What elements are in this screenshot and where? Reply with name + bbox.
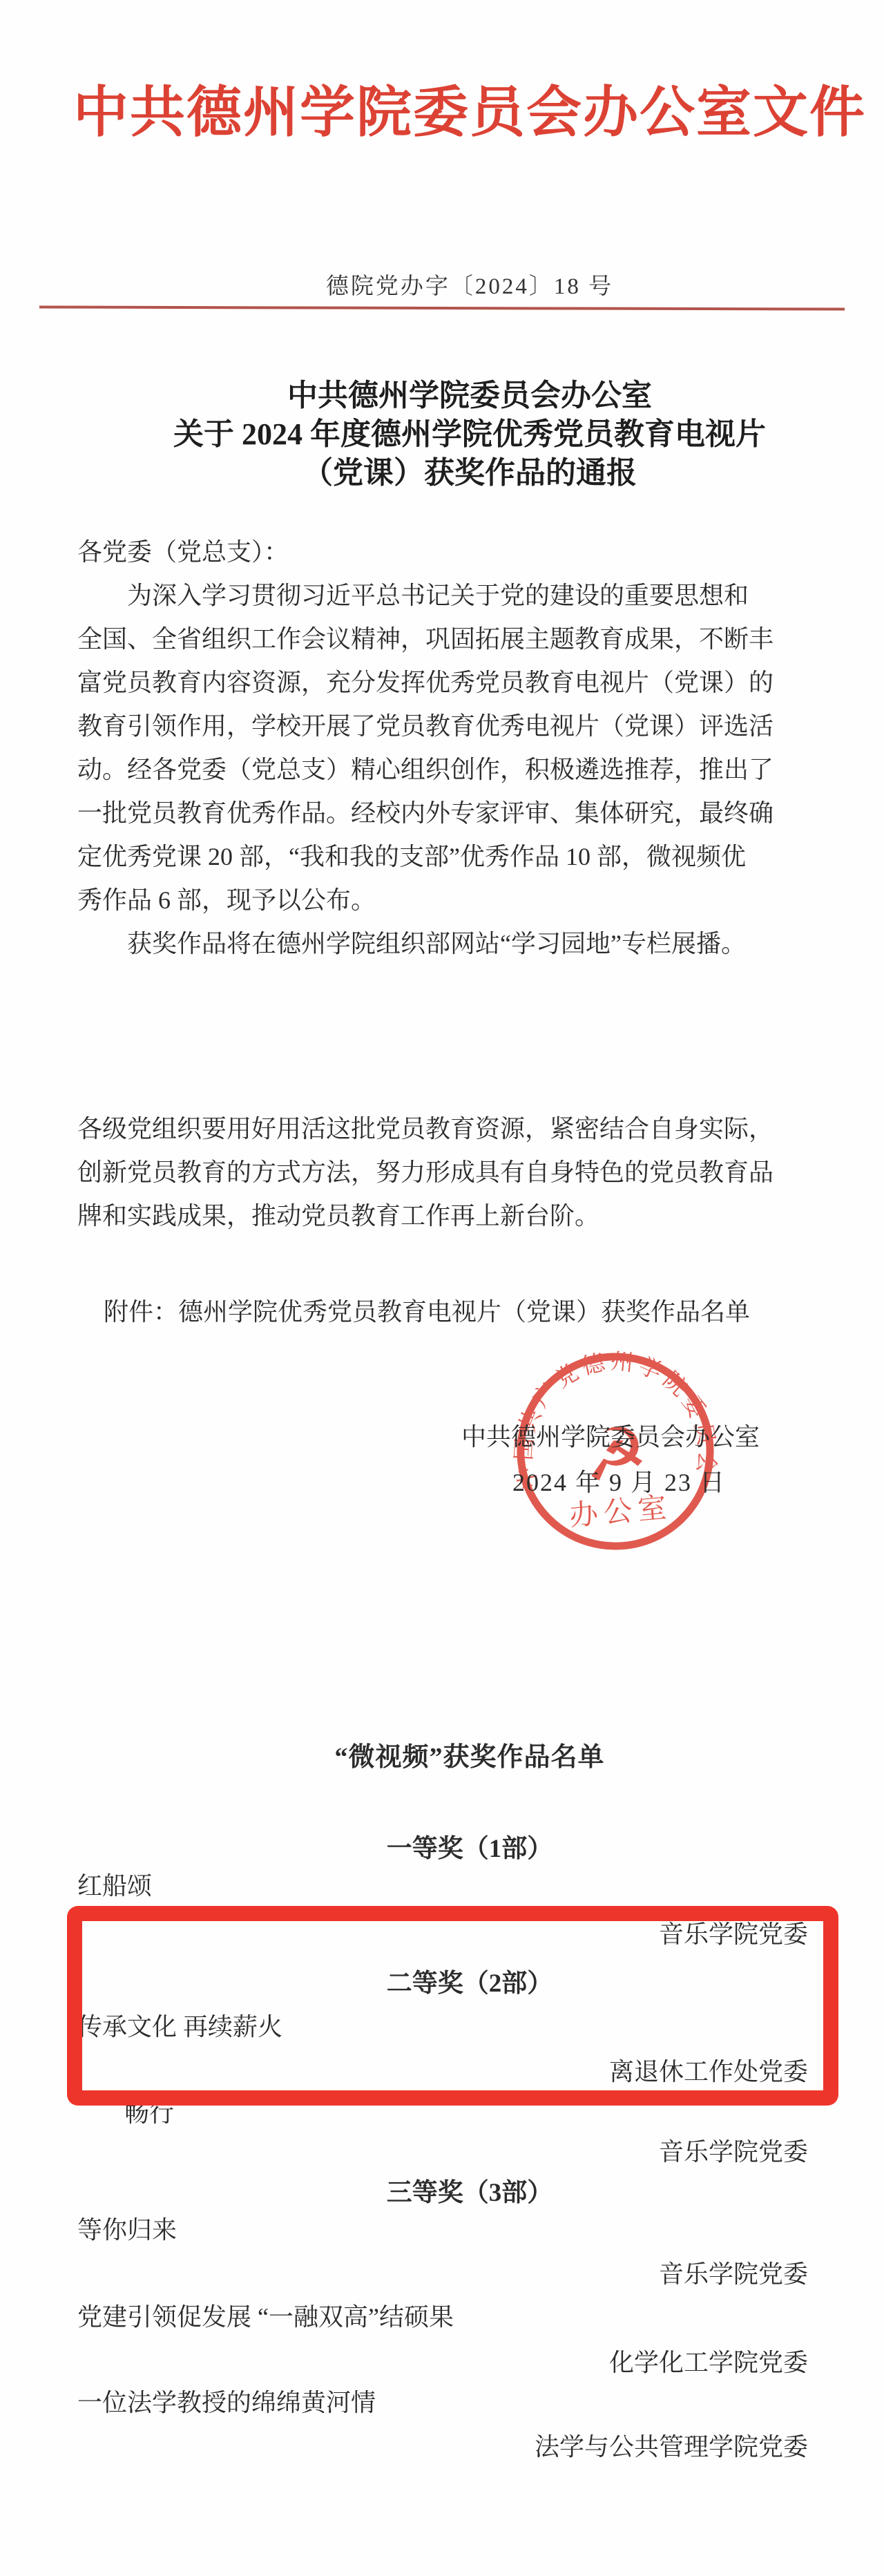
signature-org: 中共德州学院委员会办公室	[461, 1418, 760, 1453]
award-title: 党建引领促发展 “一融双高”结硕果	[77, 2298, 454, 2333]
body-text-line: 富党员教育内容资源，充分发挥优秀党员教育电视片（党课）的	[77, 668, 773, 697]
award-unit: 音乐学院党委	[659, 2255, 808, 2290]
document-page: 中共德州学院委员会办公室文件 德院党办字〔2024〕18 号 中共德州学院委员会…	[0, 0, 884, 2576]
award-title: 传承文化 再续薪火	[77, 2007, 282, 2043]
document-title-line-2: 关于 2024 年度德州学院优秀党员教育电视片	[55, 415, 884, 454]
awards-section-title: “微视频”获奖作品名单	[55, 1735, 884, 1773]
document-title: 中共德州学院委员会办公室 关于 2024 年度德州学院优秀党员教育电视片 （党课…	[55, 376, 884, 493]
letterhead-title: 中共德州学院委员会办公室文件	[55, 68, 884, 147]
body-text-line: 动。经各党委（党总支）精心组织创作，积极遴选推荐，推出了	[77, 755, 773, 784]
attachment-line: 附件：德州学院优秀党员教育电视片（党课）获奖作品名单	[104, 1292, 750, 1328]
body-text-line: 教育引领作用，学校开展了党员教育优秀电视片（党课）评选活	[77, 712, 773, 741]
award-unit: 化学化工学院党委	[609, 2343, 808, 2378]
award-title: 一位法学教授的绵绵黄河情	[77, 2383, 376, 2418]
body-text-line: 全国、全省组织工作会议精神，巩固拓展主题教育成果，不断丰	[77, 624, 773, 653]
award-unit: 音乐学院党委	[659, 1915, 808, 1950]
body-text-line: 各级党组织要用好用活这批党员教育资源，紧密结合自身实际，	[77, 1114, 773, 1143]
award-unit: 音乐学院党委	[659, 2133, 808, 2168]
third-prize-heading: 三等奖（3部）	[55, 2171, 884, 2208]
award-title: 红船颂	[77, 1867, 152, 1902]
second-prize-heading: 二等奖（2部）	[55, 1962, 884, 1999]
body-text-line: 牌和实践成果，推动党员教育工作再上新台阶。	[77, 1201, 599, 1230]
award-unit: 法学与公共管理学院党委	[535, 2427, 808, 2463]
red-divider-line	[39, 305, 845, 310]
body-text-line: 定优秀党课 20 部，“我和我的支部”优秀作品 10 部，微视频优	[77, 842, 746, 871]
document-title-line-1: 中共德州学院委员会办公室	[55, 376, 884, 415]
body-text-line: 一批党员教育优秀作品。经校内外专家评审、集体研究，最终确	[77, 799, 773, 828]
salutation: 各党委（党总支）：	[77, 537, 289, 566]
document-number: 德院党办字〔2024〕18 号	[55, 268, 884, 300]
award-title: 等你归来	[77, 2211, 177, 2246]
body-text-line: 秀作品 6 部，现予以公布。	[77, 886, 376, 915]
body-text-line: 获奖作品将在德州学院组织部网站“学习园地”专栏展播。	[77, 929, 746, 958]
body-text-line: 创新党员教育的方式方法，努力形成具有自身特色的党员教育品	[77, 1158, 773, 1187]
first-prize-heading: 一等奖（1部）	[55, 1827, 884, 1864]
award-unit: 离退休工作处党委	[609, 2052, 808, 2088]
award-title-partially-obscured: 畅行	[124, 2094, 174, 2129]
body-text-line: 为深入学习贯彻习近平总书记关于党的建设的重要思想和	[77, 581, 749, 610]
signature-date: 2024 年 9 月 23 日	[512, 1463, 726, 1498]
document-title-line-3: （党课）获奖作品的通报	[55, 454, 884, 493]
